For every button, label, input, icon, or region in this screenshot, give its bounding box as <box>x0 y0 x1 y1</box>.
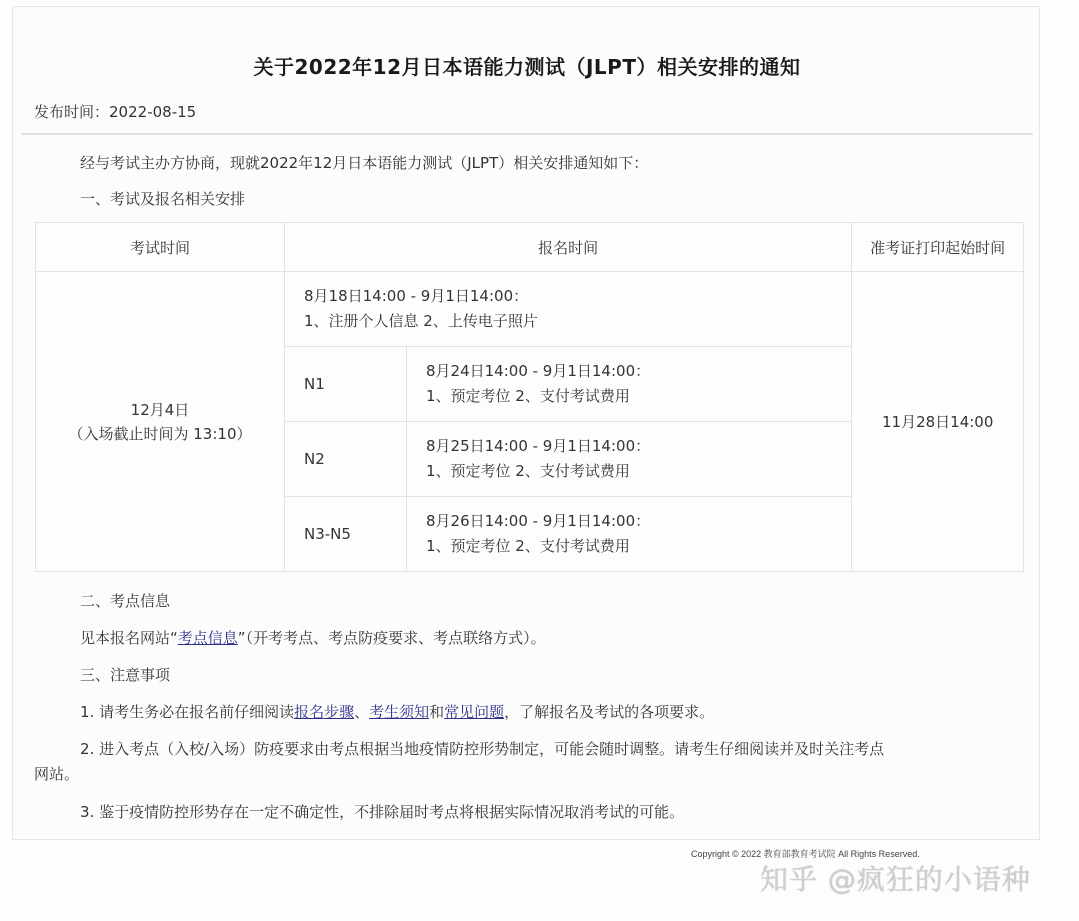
level-period: 8月26日14:00 - 9月1日14:00： <box>426 509 851 534</box>
exam-entry-deadline: （入场截止时间为 13:10） <box>36 422 284 446</box>
zhihu-watermark: 知乎 @疯狂的小语种 <box>760 858 1031 898</box>
level-steps: 1、预定考位 2、支付考试费用 <box>426 384 851 409</box>
level-period: 8月25日14:00 - 9月1日14:00： <box>426 434 851 459</box>
faq-link[interactable]: 常见问题 <box>444 703 504 721</box>
table-header-row: 考试时间 报名时间 准考证打印起始时间 <box>36 223 1024 272</box>
intro-text: 经与考试主办方协商，现就2022年12月日本语能力测试（JLPT）相关安排通知如… <box>80 152 648 173</box>
header-divider <box>21 133 1033 135</box>
publish-label: 发布时间： <box>34 103 109 121</box>
general-registration-period: 8月18日14:00 - 9月1日14:00： <box>304 284 851 309</box>
admission-print-start: 11月28日14:00 <box>882 413 993 431</box>
level-steps: 1、预定考位 2、支付考试费用 <box>426 459 851 484</box>
publish-date-value: 2022-08-15 <box>109 103 196 121</box>
publish-date: 发布时间：2022-08-15 <box>34 101 196 122</box>
section2-text: 见本报名网站“考点信息”（开考考点、考点防疫要求、考点联络方式）。 <box>80 627 546 648</box>
header-exam-time: 考试时间 <box>36 223 285 272</box>
notice-page: 关于2022年12月日本语能力测试（JLPT）相关安排的通知 发布时间：2022… <box>12 6 1040 840</box>
level-registration-cell: 8月25日14:00 - 9月1日14:00： 1、预定考位 2、支付考试费用 <box>407 422 852 497</box>
section2-suffix: ”（开考考点、考点防疫要求、考点联络方式）。 <box>238 629 546 647</box>
header-registration-time: 报名时间 <box>285 223 852 272</box>
admission-print-cell: 11月28日14:00 <box>852 272 1024 572</box>
table-row: 12月4日 （入场截止时间为 13:10） 8月18日14:00 - 9月1日1… <box>36 272 1024 347</box>
registration-steps-link[interactable]: 报名步骤 <box>294 703 354 721</box>
level-cell: N1 <box>285 347 407 422</box>
note-1: 1. 请考生务必在报名前仔细阅读报名步骤、考生须知和常见问题，了解报名及考试的各… <box>80 701 714 722</box>
candidate-notice-link[interactable]: 考生须知 <box>369 703 429 721</box>
level-steps: 1、预定考位 2、支付考试费用 <box>426 534 851 559</box>
exam-date: 12月4日 <box>36 398 284 422</box>
section1-heading: 一、考试及报名相关安排 <box>80 188 245 209</box>
note1-prefix: 1. 请考生务必在报名前仔细阅读 <box>80 703 294 721</box>
level-registration-cell: 8月26日14:00 - 9月1日14:00： 1、预定考位 2、支付考试费用 <box>407 497 852 572</box>
note1-sep1: 、 <box>354 703 369 721</box>
exam-date-cell: 12月4日 （入场截止时间为 13:10） <box>36 272 285 572</box>
note-2-line2: 网站。 <box>34 763 79 784</box>
section2-heading: 二、考点信息 <box>80 590 170 611</box>
section2-prefix: 见本报名网站“ <box>80 629 178 647</box>
level-cell: N2 <box>285 422 407 497</box>
section3-heading: 三、注意事项 <box>80 664 170 685</box>
general-registration-cell: 8月18日14:00 - 9月1日14:00： 1、注册个人信息 2、上传电子照… <box>285 272 852 347</box>
general-registration-steps: 1、注册个人信息 2、上传电子照片 <box>304 309 851 334</box>
schedule-table: 考试时间 报名时间 准考证打印起始时间 12月4日 （入场截止时间为 13:10… <box>35 222 1024 572</box>
level-period: 8月24日14:00 - 9月1日14:00： <box>426 359 851 384</box>
note1-suffix: ，了解报名及考试的各项要求。 <box>504 703 714 721</box>
level-cell: N3-N5 <box>285 497 407 572</box>
note1-sep2: 和 <box>429 703 444 721</box>
note-3: 3. 鉴于疫情防控形势存在一定不确定性，不排除届时考点将根据实际情况取消考试的可… <box>80 801 684 822</box>
level-registration-cell: 8月24日14:00 - 9月1日14:00： 1、预定考位 2、支付考试费用 <box>407 347 852 422</box>
note-2-line1: 2. 进入考点（入校/入场）防疫要求由考点根据当地疫情防控形势制定，可能会随时调… <box>80 738 884 759</box>
notice-title: 关于2022年12月日本语能力测试（JLPT）相关安排的通知 <box>13 51 1041 80</box>
header-admission-print: 准考证打印起始时间 <box>852 223 1024 272</box>
exam-site-info-link[interactable]: 考点信息 <box>178 629 238 647</box>
